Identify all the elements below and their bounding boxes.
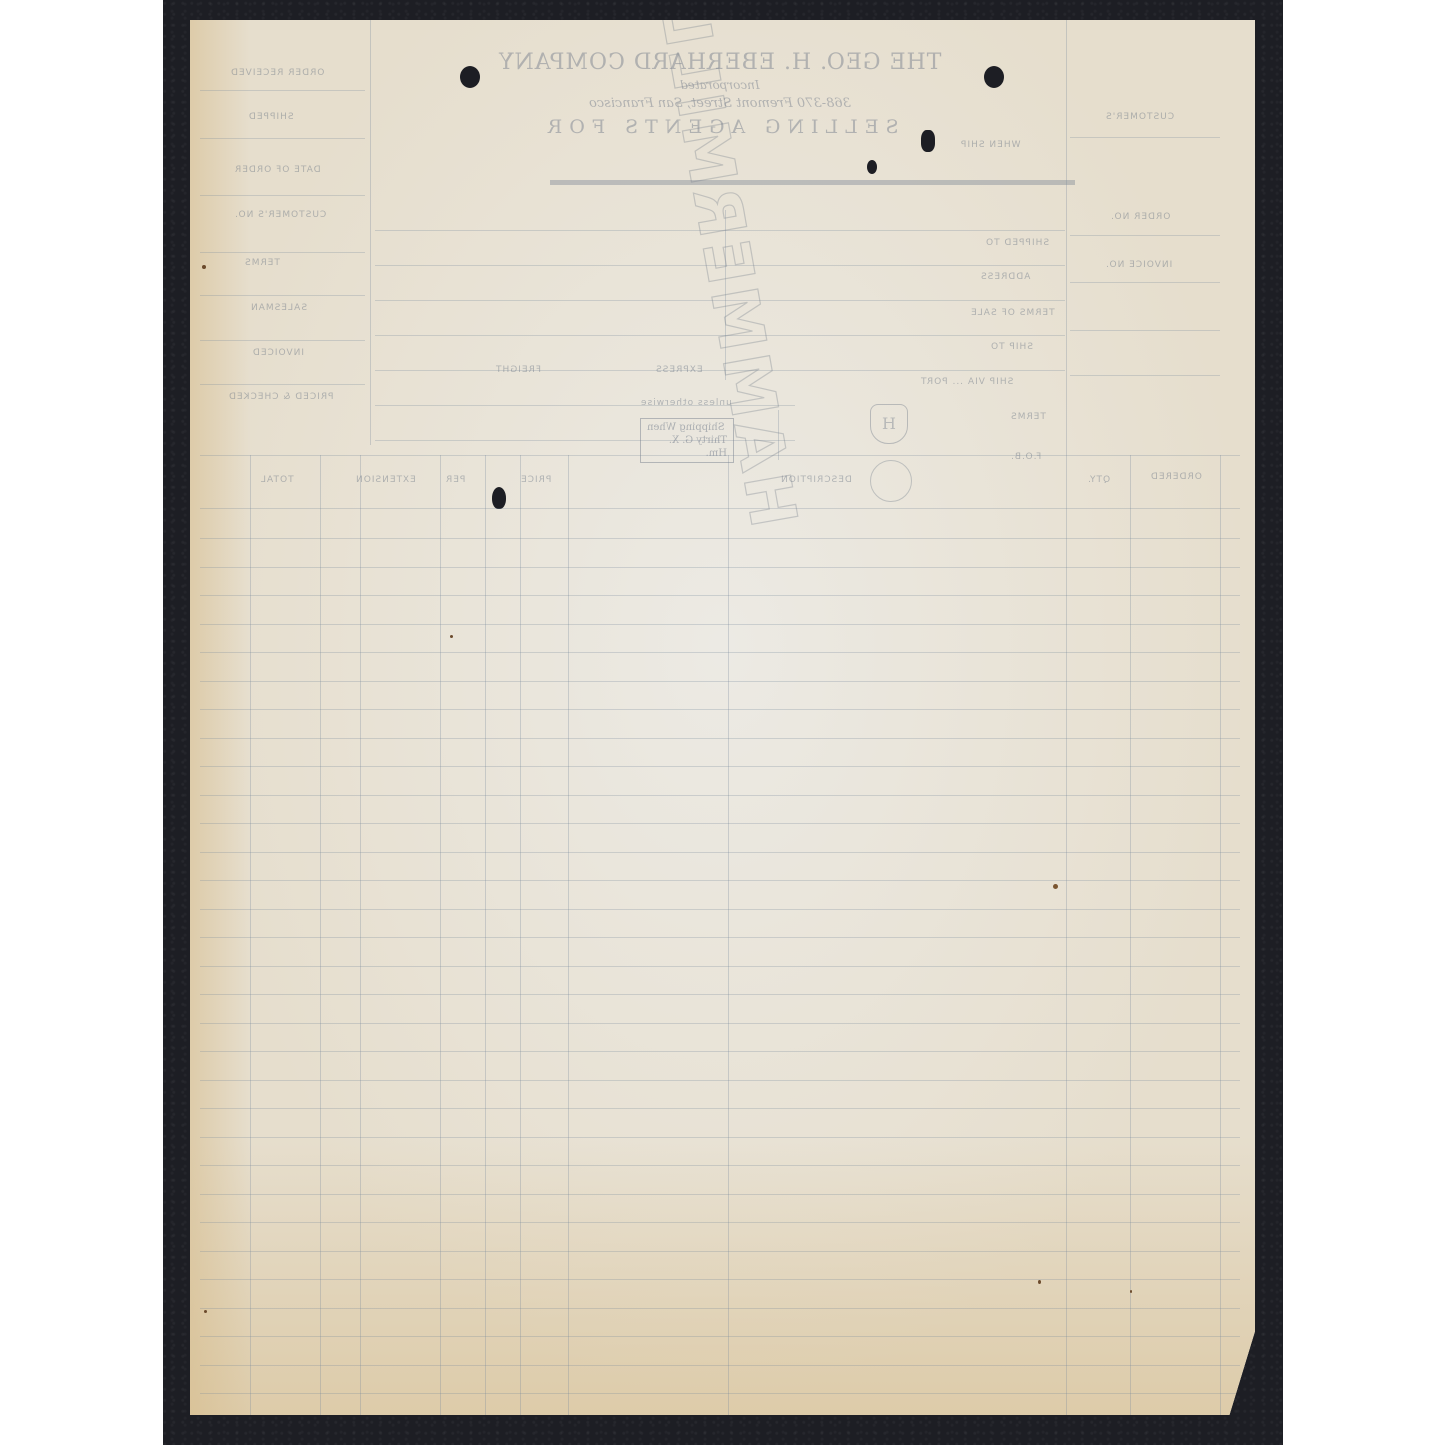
table-row-line [200,1051,1240,1052]
label-priced-checked: PRICED & CHECKED [228,392,334,402]
label-salesman: SALESMAN [250,303,307,313]
label-customers-right: CUSTOMER'S [1105,112,1174,122]
table-row-line [200,709,1240,710]
header-extension: EXTENSION [355,475,416,485]
label-invoiced: INVOICED [252,348,304,358]
table-row-line [200,1308,1240,1309]
header-per: PER [445,475,465,485]
tear-hole-table [492,487,506,509]
header-price: PRICE [520,475,551,485]
label-address: ADDRESS [980,272,1030,282]
table-row-line [200,1194,1240,1195]
table-row-line [200,1279,1240,1280]
table-row-line [200,1108,1240,1109]
table-row-line [200,624,1240,625]
label-express: EXPRESS [655,365,703,375]
seal-stamp-icon: H [870,404,908,444]
when-ship-label: WHEN SHIP [960,140,1021,150]
label-shipped-to: SHIPPED TO [985,238,1049,248]
table-row-line [200,681,1240,682]
label-order-no: ORDER NO. [1110,212,1170,222]
label-customers-no: CUSTOMER'S NO. [234,210,326,220]
table-row-line [200,1080,1240,1081]
table-row-line [200,652,1240,653]
table-row-line [200,1393,1240,1394]
table-row-line [200,823,1240,824]
table-row-line [200,1336,1240,1337]
table-row-line [200,880,1240,881]
table-row-line [200,538,1240,539]
circle-stamp-icon [870,460,912,502]
table-row-line [200,766,1240,767]
header-rule [550,180,1075,185]
label-terms-of-sale: TERMS OF SALE [970,308,1055,318]
table-row-line [200,1165,1240,1166]
label-shipped: SHIPPED [248,112,294,122]
table-row-line [200,595,1240,596]
label-freight: FREIGHT [495,365,541,375]
label-order-received: ORDER RECEIVED [230,68,324,78]
table-row-line [200,795,1240,796]
header-ordered: ORDERED [1150,472,1202,482]
table-row-line [200,1023,1240,1024]
table-row-line [200,852,1240,853]
header-total: TOTAL [260,475,294,485]
table-row-line [200,1365,1240,1366]
label-date-of-order: DATE OF ORDER [234,165,321,175]
table-row-line [200,1222,1240,1223]
table-row-line [200,1137,1240,1138]
label-ship-via: SHIP VIA ... PORT [920,377,1013,387]
label-ship-to: SHIP TO [990,342,1033,352]
table-row-line [200,994,1240,995]
label-terms: TERMS [244,258,280,268]
table-row-line [200,966,1240,967]
label-fob: F.O.B. [1010,452,1041,462]
left-panel-divider [370,20,371,445]
table-row-line [200,1251,1240,1252]
table-row-line [200,937,1240,938]
label-invoice-no: INVOICE NO. [1105,260,1172,270]
table-row-line [200,909,1240,910]
right-panel-divider [1066,20,1067,1415]
table-row-line [200,738,1240,739]
invoice-paper-sheet: THE GEO. H. EBERHARD COMPANY Incorporate… [190,20,1255,1415]
header-qty: QTY. [1087,475,1110,485]
table-row-line [200,567,1240,568]
label-terms-right: TERMS [1010,412,1046,422]
